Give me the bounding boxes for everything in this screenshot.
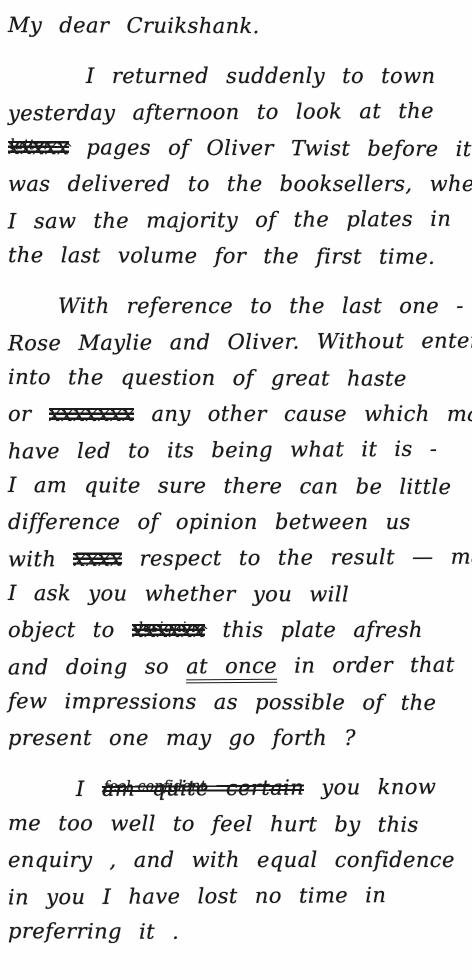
- handwritten-text: few impressions as possible of the: [8, 689, 436, 715]
- letter-line: in you I have lost no time in: [8, 877, 468, 916]
- handwritten-text: respect to the result — may: [122, 544, 472, 570]
- letter-lines: My dear Cruikshank.I returned suddenly t…: [8, 8, 468, 950]
- letter-line: enquiry , and with equal confidence: [8, 842, 468, 878]
- letter-line: yesterday afternoon to look at the: [8, 93, 468, 132]
- letter-line: into the question of great haste: [8, 359, 468, 397]
- handwritten-text: I returned suddenly to town: [86, 64, 435, 88]
- letter-line: or xxxxxxx any other cause which may: [8, 396, 468, 432]
- letter-line: with xxxx respect to the result — may: [8, 539, 468, 578]
- handwritten-text: or: [8, 402, 49, 426]
- handwritten-text: in order that as: [277, 652, 472, 677]
- handwritten-text: have led to its being what it is -: [8, 437, 437, 464]
- inserted-word: designing: [134, 621, 205, 635]
- handwritten-text: with: [8, 547, 74, 571]
- letter-line: difference of opinion between us: [8, 504, 468, 540]
- handwritten-text: I ask you whether you will: [8, 581, 349, 606]
- letter-line: I ask you whether you will: [8, 575, 468, 613]
- handwritten-text: you know: [304, 775, 436, 800]
- insertion-caret-icon: ^: [198, 625, 209, 638]
- handwritten-text: enquiry , and with equal confidence: [8, 848, 455, 872]
- handwritten-text: in you I have lost no time in: [8, 883, 386, 909]
- letter-line: I am quite sure there can be little: [8, 467, 468, 505]
- handwritten-text: I saw the majority of the plates in: [8, 207, 451, 234]
- handwritten-text: and doing so: [8, 654, 186, 679]
- handwritten-text: this plate afresh: [205, 618, 423, 642]
- salutation: My dear Cruikshank.: [8, 7, 468, 45]
- letter-line: object to xxxxxxdesigning^ this plate af…: [8, 612, 468, 648]
- handwritten-text: any other cause which may: [134, 402, 472, 426]
- handwritten-text: With reference to the last one -: [58, 294, 464, 318]
- underlined-phrase: at once: [186, 654, 277, 684]
- letter-line: have led to its being what it is -: [8, 431, 468, 470]
- insertion-group: am quite certainfeel confident: [102, 770, 305, 807]
- letter-line: Rose Maylie and Oliver. Without entering: [8, 323, 468, 362]
- handwritten-text: me too well to feel hurt by this: [8, 811, 419, 837]
- inserted-word: latter: [10, 138, 50, 152]
- handwritten-text: Rose Maylie and Oliver. Without entering: [8, 328, 472, 355]
- letter-line: and doing so at once in order that as: [8, 647, 468, 686]
- letter-line: few impressions as possible of the: [8, 683, 468, 721]
- insertion-group: xxxxxxdesigning^: [132, 612, 205, 648]
- insertion-caret-icon: ^: [62, 142, 73, 155]
- letter-page: My dear Cruikshank.I returned suddenly t…: [0, 0, 472, 980]
- letter-line: xxxxxlatter^ pages of Oliver Twist befor…: [8, 129, 468, 167]
- letter-line: With reference to the last one -: [8, 288, 468, 324]
- handwritten-text: into the question of great haste: [8, 365, 407, 391]
- handwritten-text: yesterday afternoon to look at the: [8, 99, 434, 126]
- scribbled-out-word: xxxx: [73, 547, 122, 571]
- letter-line: I am quite certainfeel confident you kno…: [8, 769, 468, 808]
- letter-line: me too well to feel hurt by this: [8, 805, 468, 843]
- handwritten-text: present one may go forth ?: [8, 726, 356, 750]
- handwritten-text: object to: [8, 618, 132, 642]
- handwritten-text: the last volume for the first time.: [8, 243, 435, 269]
- letter-line: present one may go forth ?: [8, 720, 468, 756]
- handwritten-text: was delivered to the booksellers, when: [8, 172, 472, 196]
- letter-line: the last volume for the first time.: [8, 237, 468, 275]
- handwritten-text: I am quite sure there can be little: [8, 473, 451, 499]
- letter-line: preferring it .: [8, 913, 468, 951]
- handwritten-text: difference of opinion between us: [8, 510, 411, 534]
- handwritten-text: preferring it .: [8, 919, 179, 944]
- insertion-group: xxxxxlatter^: [8, 129, 69, 165]
- letter-line: was delivered to the booksellers, when: [8, 166, 468, 202]
- scribbled-out-word: xxxxxxx: [49, 402, 135, 426]
- letter-line: I saw the majority of the plates in: [8, 201, 468, 240]
- handwritten-text: My dear Cruikshank.: [8, 13, 260, 38]
- handwritten-text: pages of Oliver Twist before it: [69, 135, 472, 161]
- handwritten-text: I: [76, 777, 102, 801]
- inserted-word: feel confident: [104, 779, 207, 794]
- letter-line: I returned suddenly to town: [8, 58, 468, 94]
